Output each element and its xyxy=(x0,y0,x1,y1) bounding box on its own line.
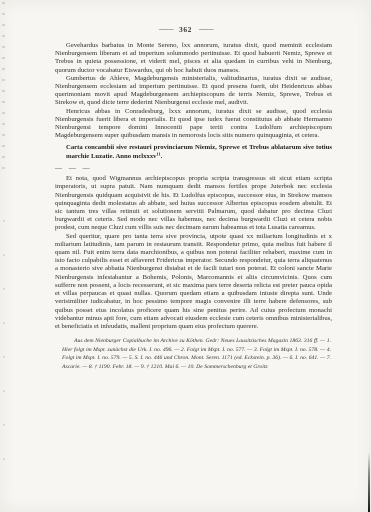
charter-heading-period: . xyxy=(161,153,163,160)
testimony-paragraph-gevehardus: Gevehardus barbatus in Monte Sereno, lxx… xyxy=(55,42,332,75)
scan-edge-shadow-right xyxy=(368,452,370,512)
page-header: ——362—— xyxy=(0,24,371,34)
page-number: 362 xyxy=(179,25,192,34)
scan-speckle-left-top xyxy=(2,2,5,172)
testimony-paragraph-gumbertus: Gumbertus de Ahleve, Magdeburgensis mini… xyxy=(55,75,332,108)
commentary-paragraph-et-nota: Et nota, quod Wigmannus archiepiscopus p… xyxy=(55,175,332,232)
text-block: Gevehardus barbatus in Monte Sereno, lxx… xyxy=(55,42,332,371)
header-rule-right: —— xyxy=(199,24,212,33)
scan-speckle-left-bottom xyxy=(3,220,5,490)
header-rule-left: —— xyxy=(159,24,172,33)
commentary-paragraph-sed-queritur: Sed queritur, quare pro tanta terra sive… xyxy=(55,233,332,331)
charter-heading: Carta concambii sive restauri provinciar… xyxy=(66,144,332,161)
testimony-paragraph-henricus: Henricus abbas in Conradesburg, lxxx ann… xyxy=(55,108,332,141)
section-separator: — — — xyxy=(55,164,332,172)
charter-heading-text: Carta concambii sive restauri provinciar… xyxy=(66,144,332,159)
footnotes-block: Aus dem Nienburger Copialbuche im Archiv… xyxy=(62,337,331,371)
scanned-book-page: ——362—— Gevehardus barbatus in Monte Ser… xyxy=(0,0,371,512)
